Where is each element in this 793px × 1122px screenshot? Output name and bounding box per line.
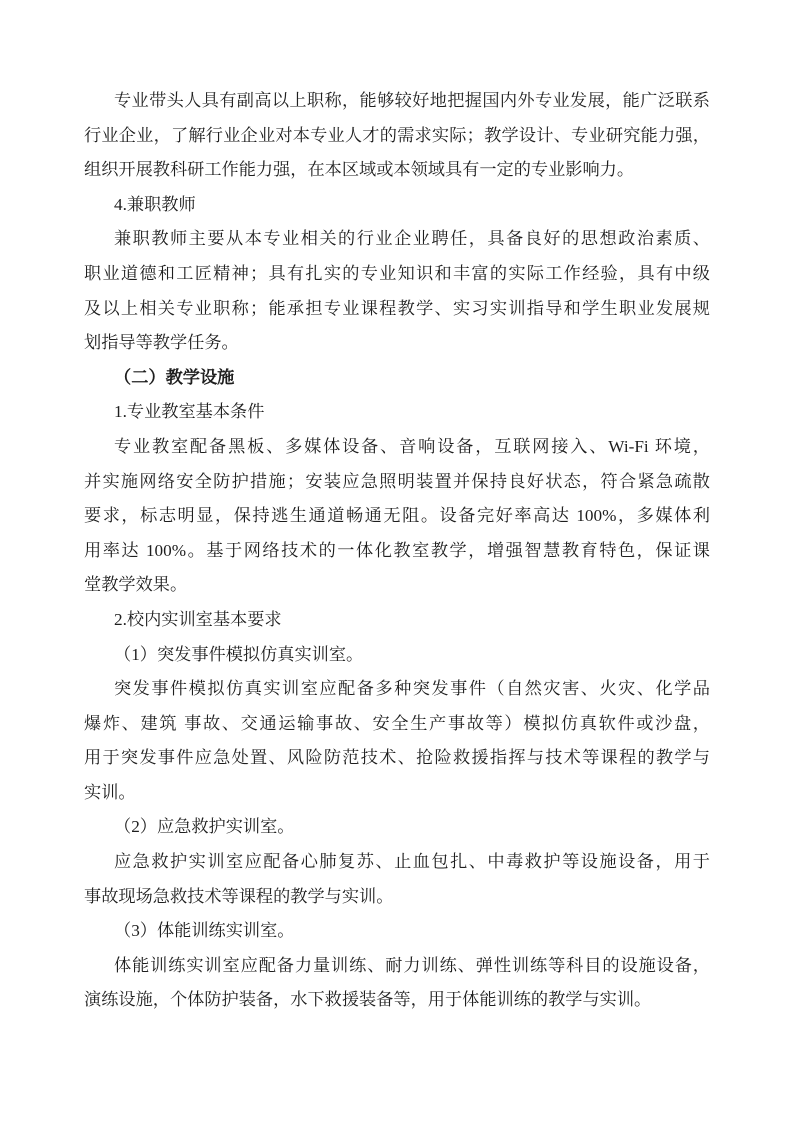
text-line: 应急救护实训室应配备心肺复苏、止血包扎、中毒救护等设施设备，用于	[84, 845, 710, 880]
text-line: 要求，标志明显，保持逃生通道畅通无阻。设备完好率高达 100%，多媒体利	[84, 499, 710, 534]
text-line: 专业带头人具有副高以上职称，能够较好地把握国内外专业发展，能广泛联系	[84, 84, 710, 119]
text-line: 划指导等教学任务。	[84, 326, 710, 361]
document-page: 专业带头人具有副高以上职称，能够较好地把握国内外专业发展，能广泛联系行业企业，了…	[0, 0, 793, 1122]
text-line: 事故现场急救技术等课程的教学与实训。	[84, 880, 710, 915]
text-line: 1.专业教室基本条件	[84, 395, 710, 430]
text-line: 实训。	[84, 776, 710, 811]
text-line: 体能训练实训室应配备力量训练、耐力训练、弹性训练等科目的设施设备，	[84, 949, 710, 984]
text-line: 并实施网络安全防护措施；安装应急照明装置并保持良好状态，符合紧急疏散	[84, 465, 710, 500]
text-line: 爆炸、建筑 事故、交通运输事故、安全生产事故等）模拟仿真软件或沙盘，	[84, 707, 710, 742]
text-line: 及以上相关专业职称；能承担专业课程教学、实习实训指导和学生职业发展规	[84, 292, 710, 327]
text-line: 职业道德和工匠精神；具有扎实的专业知识和丰富的实际工作经验，具有中级	[84, 257, 710, 292]
text-line: （3）体能训练实训室。	[84, 914, 710, 949]
text-line: 组织开展教科研工作能力强，在本区域或本领域具有一定的专业影响力。	[84, 153, 710, 188]
text-line: 用率达 100%。基于网络技术的一体化教室教学，增强智慧教育特色，保证课	[84, 534, 710, 569]
text-line: 2.校内实训室基本要求	[84, 603, 710, 638]
text-line: 演练设施，个体防护装备，水下救援装备等，用于体能训练的教学与实训。	[84, 983, 710, 1018]
document-content: 专业带头人具有副高以上职称，能够较好地把握国内外专业发展，能广泛联系行业企业，了…	[84, 84, 710, 1018]
text-line: （2）应急救护实训室。	[84, 810, 710, 845]
text-line: 兼职教师主要从本专业相关的行业企业聘任，具备良好的思想政治素质、	[84, 222, 710, 257]
text-line: 行业企业，了解行业企业对本专业人才的需求实际；教学设计、专业研究能力强，	[84, 119, 710, 154]
text-line: 4.兼职教师	[84, 188, 710, 223]
text-line: （1）突发事件模拟仿真实训室。	[84, 638, 710, 673]
text-line: 用于突发事件应急处置、风险防范技术、抢险救援指挥与技术等课程的教学与	[84, 741, 710, 776]
text-line: 堂教学效果。	[84, 568, 710, 603]
section-heading: （二）教学设施	[84, 361, 710, 396]
text-line: 突发事件模拟仿真实训室应配备多种突发事件（自然灾害、火灾、化学品	[84, 672, 710, 707]
text-line: 专业教室配备黑板、多媒体设备、音响设备，互联网接入、Wi-Fi 环境，	[84, 430, 710, 465]
